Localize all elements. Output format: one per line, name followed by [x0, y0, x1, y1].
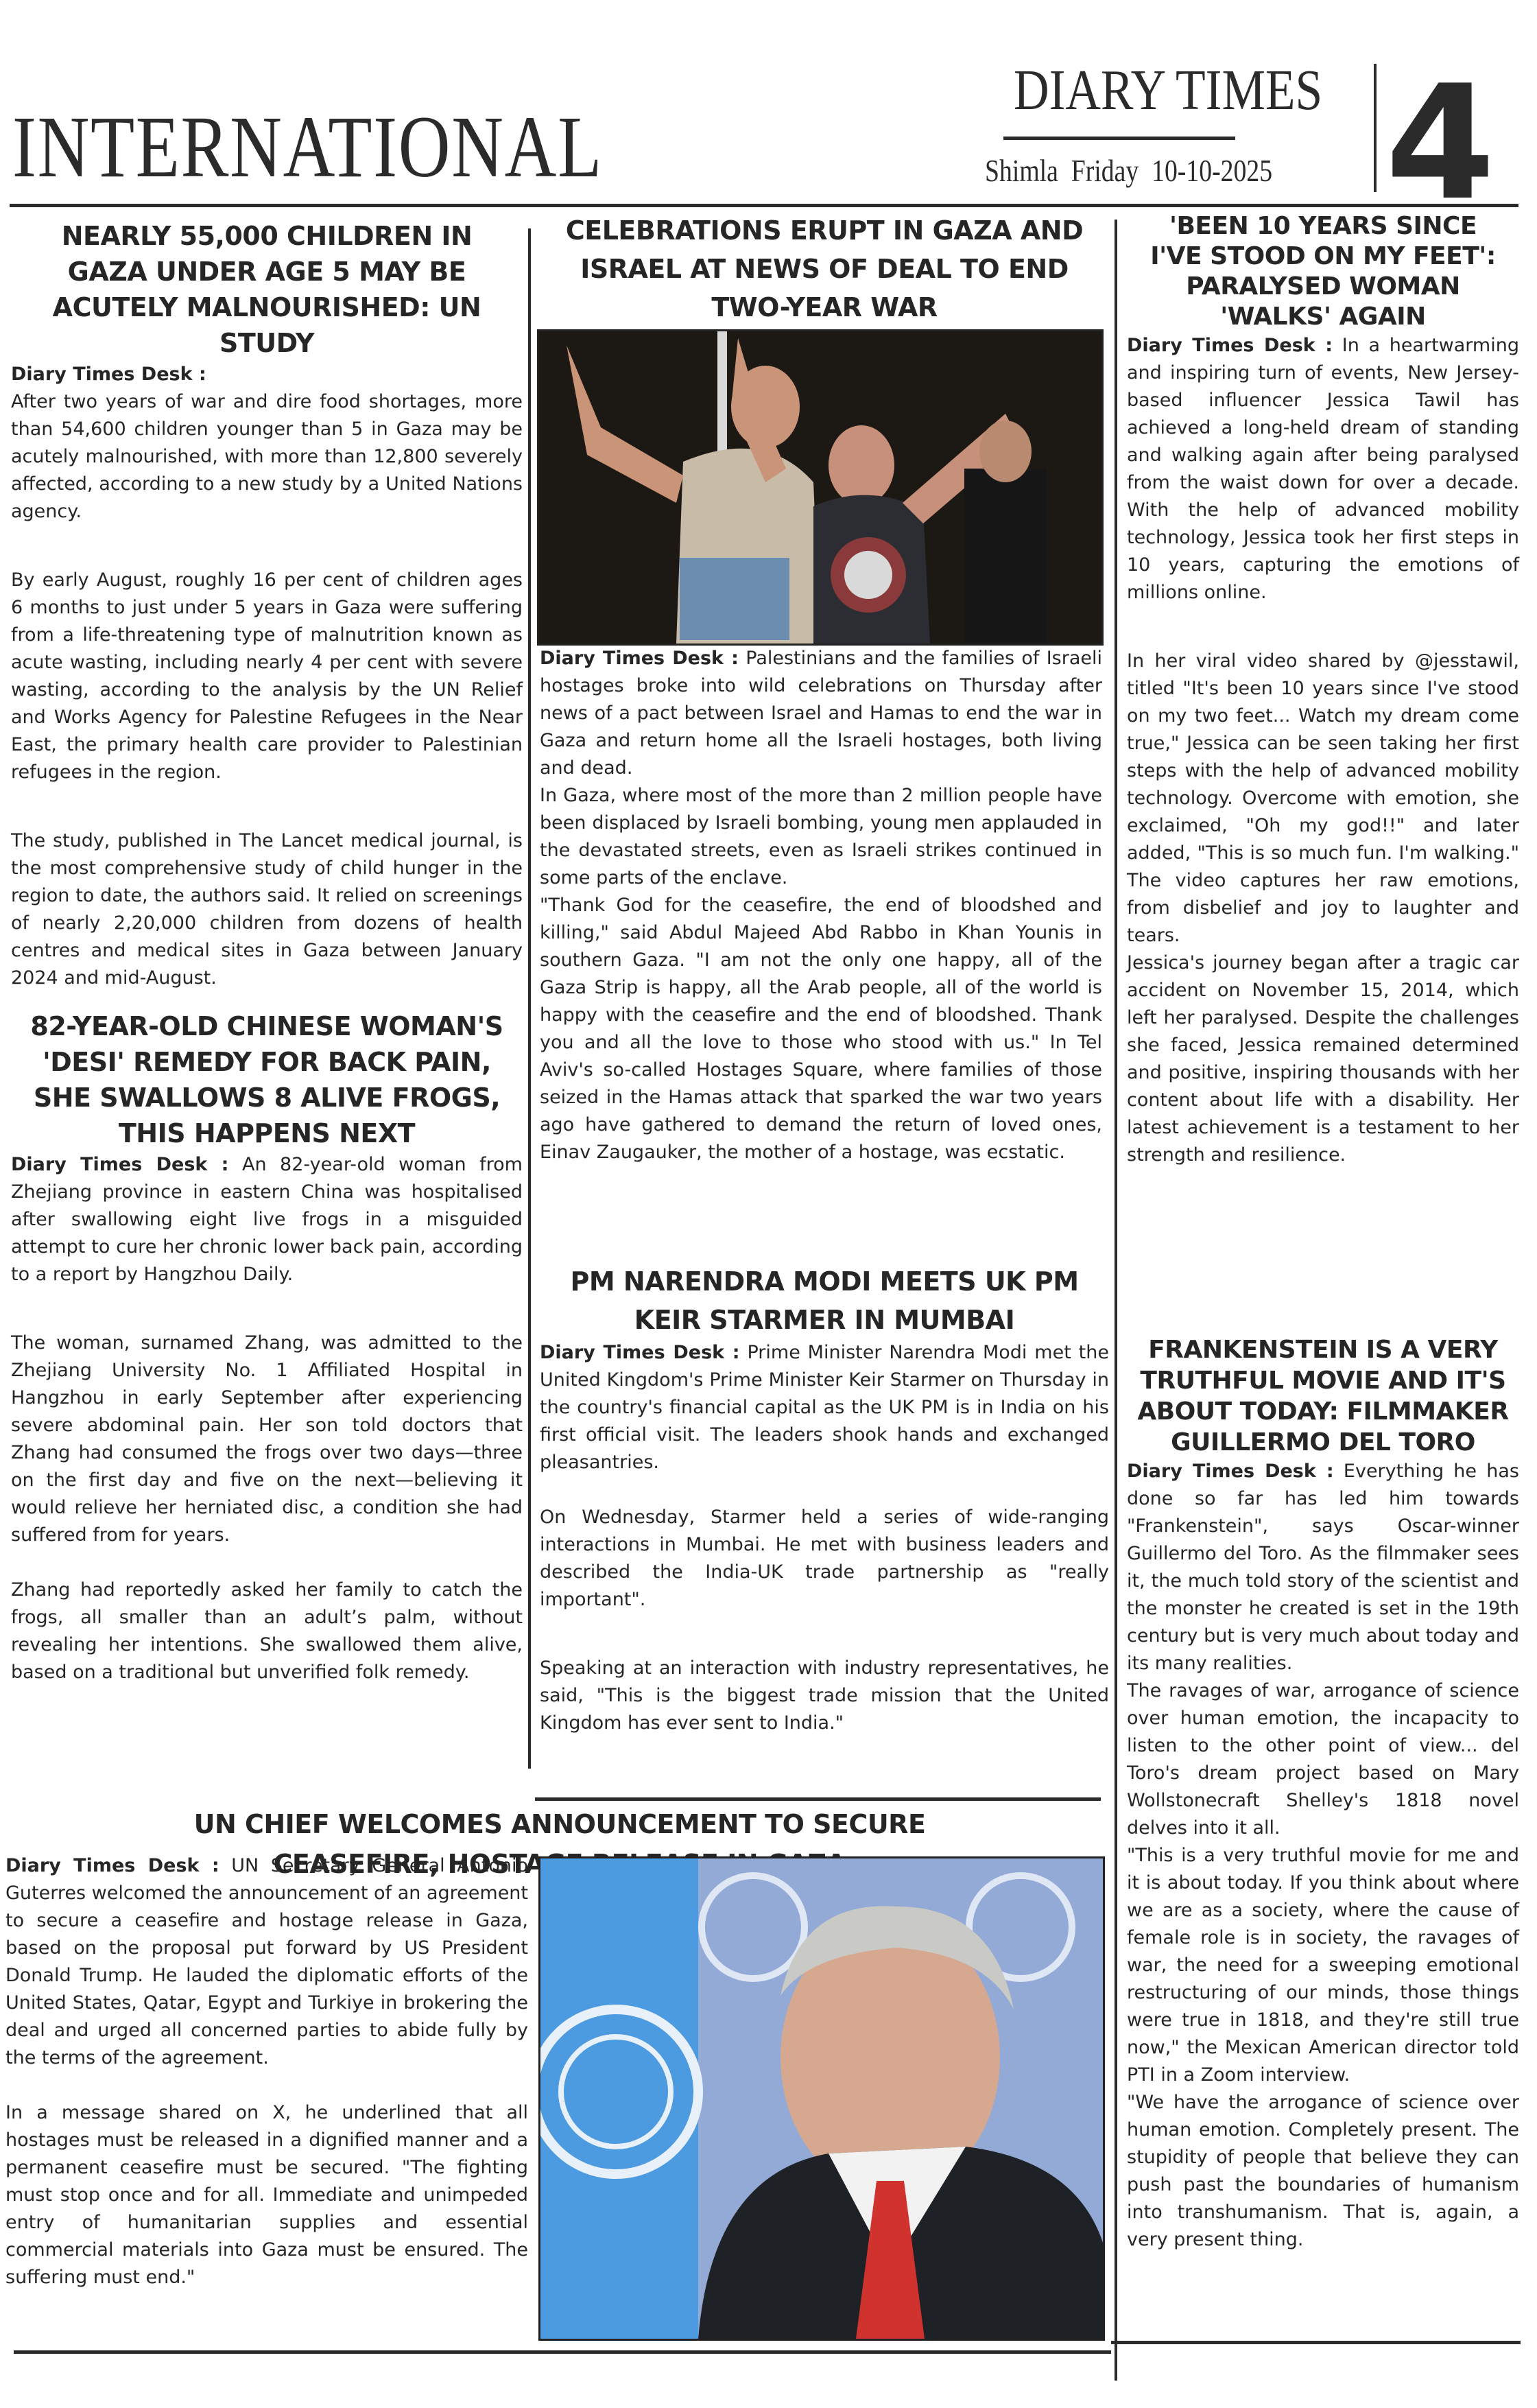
paragraph: On Wednesday, Starmer held a series of w… — [540, 1504, 1109, 1614]
headline: NEARLY 55,000 CHILDREN IN GAZA UNDER AGE… — [11, 218, 523, 361]
article-un-chief-body: Diary Times Desk : UN Secretary General … — [5, 1852, 528, 2291]
paragraph: In a heartwarming and inspiring turn of … — [1127, 335, 1519, 603]
headline: FRANKENSTEIN IS A VERY TRUTHFUL MOVIE AN… — [1127, 1334, 1519, 1458]
masthead-vertical-divider — [1374, 64, 1377, 192]
un-chief-photo — [538, 1856, 1105, 2341]
paragraph: In a message shared on X, he underlined … — [5, 2099, 528, 2291]
desk-byline: Diary Times Desk : — [5, 1855, 219, 1876]
celebration-photo-illustration — [539, 331, 1101, 644]
article-body: Diary Times Desk : In a heartwarming and… — [1127, 332, 1519, 606]
masthead-underline — [1003, 137, 1235, 140]
desk-byline: Diary Times Desk : — [11, 364, 206, 385]
article-body: Diary Times Desk : An 82-year-old woman … — [11, 1151, 523, 1288]
column-divider-right — [1115, 220, 1117, 2381]
dateline: Shimla Friday 10-10-2025 — [985, 152, 1272, 189]
paragraph: The woman, surnamed Zhang, was admitted … — [11, 1330, 523, 1549]
paragraph: The study, published in The Lancet medic… — [11, 827, 523, 992]
un-chief-photo-illustration — [540, 1858, 1103, 2339]
right-bottom-rule — [1111, 2341, 1521, 2344]
dateline-city: Shimla — [985, 153, 1058, 188]
article-frankenstein: FRANKENSTEIN IS A VERY TRUTHFUL MOVIE AN… — [1127, 1334, 1519, 2254]
article-gaza-children: NEARLY 55,000 CHILDREN IN GAZA UNDER AGE… — [11, 218, 523, 992]
desk-byline: Diary Times Desk : — [540, 1342, 740, 1363]
paragraph: "Thank God for the ceasefire, the end of… — [540, 892, 1102, 1166]
article-celebrations-body: Diary Times Desk : Palestinians and the … — [540, 645, 1102, 1166]
celebration-photo — [537, 329, 1104, 646]
page-bottom-rule — [14, 2350, 1111, 2354]
paragraph: By early August, roughly 16 per cent of … — [11, 567, 523, 786]
article-body: Diary Times Desk :After two years of war… — [11, 361, 523, 526]
page-number: 4 — [1385, 65, 1495, 223]
paragraph: "We have the arrogance of science over h… — [1127, 2089, 1519, 2254]
dateline-day: Friday — [1071, 153, 1139, 188]
paragraph: UN Secretary General Antonio Guterres we… — [5, 1855, 528, 2068]
desk-byline: Diary Times Desk : — [1127, 335, 1333, 356]
masthead-bottom-rule — [10, 204, 1518, 207]
paragraph: Everything he has done so far has led hi… — [1127, 1461, 1519, 1674]
paragraph: The ravages of war, arrogance of science… — [1127, 1677, 1519, 1842]
paragraph: After two years of war and dire food sho… — [11, 391, 523, 522]
desk-byline: Diary Times Desk : — [11, 1154, 228, 1175]
section-title: INTERNATIONAL — [12, 103, 603, 191]
paragraph: In her viral video shared by @jesstawil,… — [1127, 648, 1519, 949]
paper-name: DIARY TIMES — [1014, 62, 1322, 119]
paragraph: In Gaza, where most of the more than 2 m… — [540, 782, 1102, 892]
paragraph: Speaking at an interaction with industry… — [540, 1655, 1109, 1737]
article-body: Diary Times Desk : UN Secretary General … — [5, 1852, 528, 2072]
article-body: Diary Times Desk : Everything he has don… — [1127, 1458, 1519, 1677]
desk-byline: Diary Times Desk : — [540, 648, 739, 669]
paragraph: "This is a very truthful movie for me an… — [1127, 1842, 1519, 2089]
paragraph: Zhang had reportedly asked her family to… — [11, 1577, 523, 1686]
dateline-date: 10-10-2025 — [1152, 153, 1272, 188]
article-paralysed-woman: 'BEEN 10 YEARS SINCE I'VE STOOD ON MY FE… — [1127, 211, 1519, 1169]
article-body: Diary Times Desk : Prime Minister Narend… — [540, 1339, 1109, 1476]
paragraph: Jessica's journey began after a tragic c… — [1127, 949, 1519, 1169]
column-divider-left — [528, 228, 531, 1769]
headline: 82-YEAR-OLD CHINESE WOMAN'S 'DESI' REMED… — [11, 1008, 523, 1151]
article-modi-starmer: PM NARENDRA MODI MEETS UK PM KEIR STARME… — [540, 1262, 1109, 1737]
desk-byline: Diary Times Desk : — [1127, 1461, 1334, 1482]
middle-section-rule — [535, 1797, 1101, 1801]
article-celebrations: CELEBRATIONS ERUPT IN GAZA AND ISRAEL AT… — [540, 211, 1109, 327]
headline: 'BEEN 10 YEARS SINCE I'VE STOOD ON MY FE… — [1127, 211, 1519, 332]
headline: CELEBRATIONS ERUPT IN GAZA AND ISRAEL AT… — [540, 211, 1109, 327]
article-frogs: 82-YEAR-OLD CHINESE WOMAN'S 'DESI' REMED… — [11, 1008, 523, 1686]
article-body: Diary Times Desk : Palestinians and the … — [540, 645, 1102, 782]
headline: PM NARENDRA MODI MEETS UK PM KEIR STARME… — [540, 1262, 1109, 1339]
